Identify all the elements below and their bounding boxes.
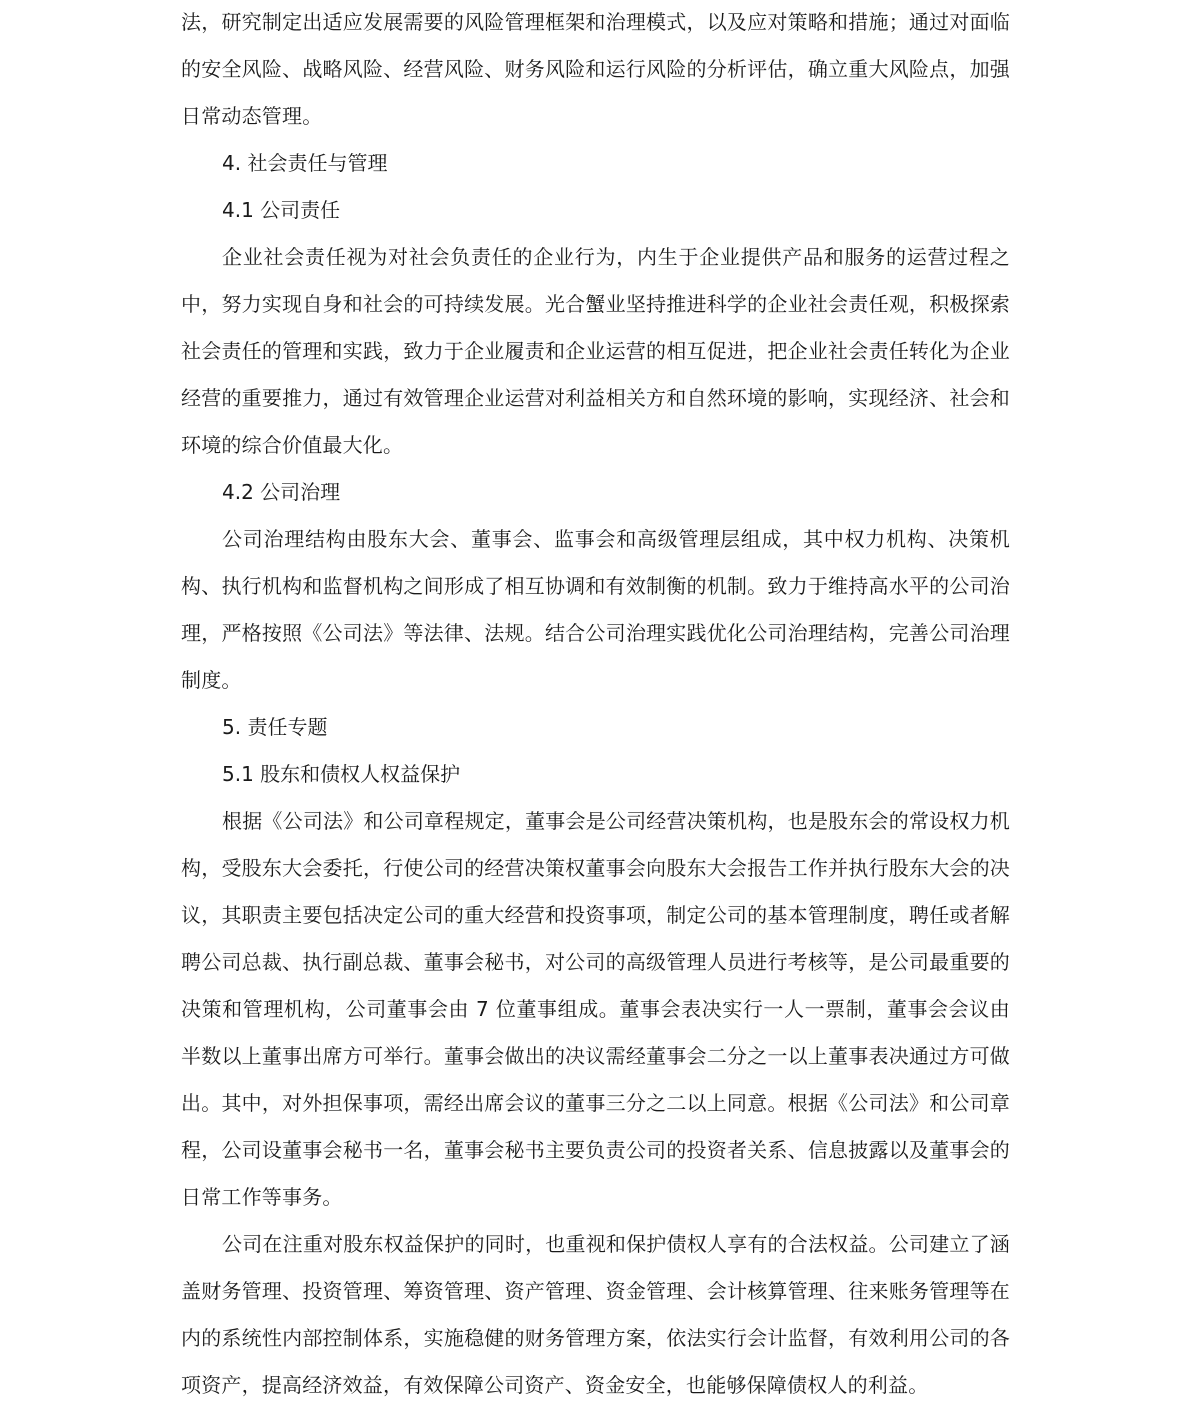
paragraph-creditor-protection: 公司在注重对股东权益保护的同时，也重视和保护债权人享有的合法权益。公司建立了涵盖… [181,1221,1010,1407]
document-page: 法，研究制定出适应发展需要的风险管理框架和治理模式，以及应对策略和措施；通过对面… [181,0,1010,1407]
paragraph-risk-management-continued: 法，研究制定出适应发展需要的风险管理框架和治理模式，以及应对策略和措施；通过对面… [181,0,1010,140]
section-heading-5: 5. 责任专题 [181,704,1010,751]
subsection-heading-4-2: 4.2 公司治理 [181,469,1010,516]
subsection-heading-5-1: 5.1 股东和债权人权益保护 [181,751,1010,798]
paragraph-corporate-governance: 公司治理结构由股东大会、董事会、监事会和高级管理层组成，其中权力机构、决策机构、… [181,516,1010,704]
paragraph-corporate-responsibility: 企业社会责任视为对社会负责任的企业行为，内生于企业提供产品和服务的运营过程之中，… [181,234,1010,469]
paragraph-board-of-directors: 根据《公司法》和公司章程规定，董事会是公司经营决策机构，也是股东会的常设权力机构… [181,798,1010,1221]
subsection-heading-4-1: 4.1 公司责任 [181,187,1010,234]
section-heading-4: 4. 社会责任与管理 [181,140,1010,187]
